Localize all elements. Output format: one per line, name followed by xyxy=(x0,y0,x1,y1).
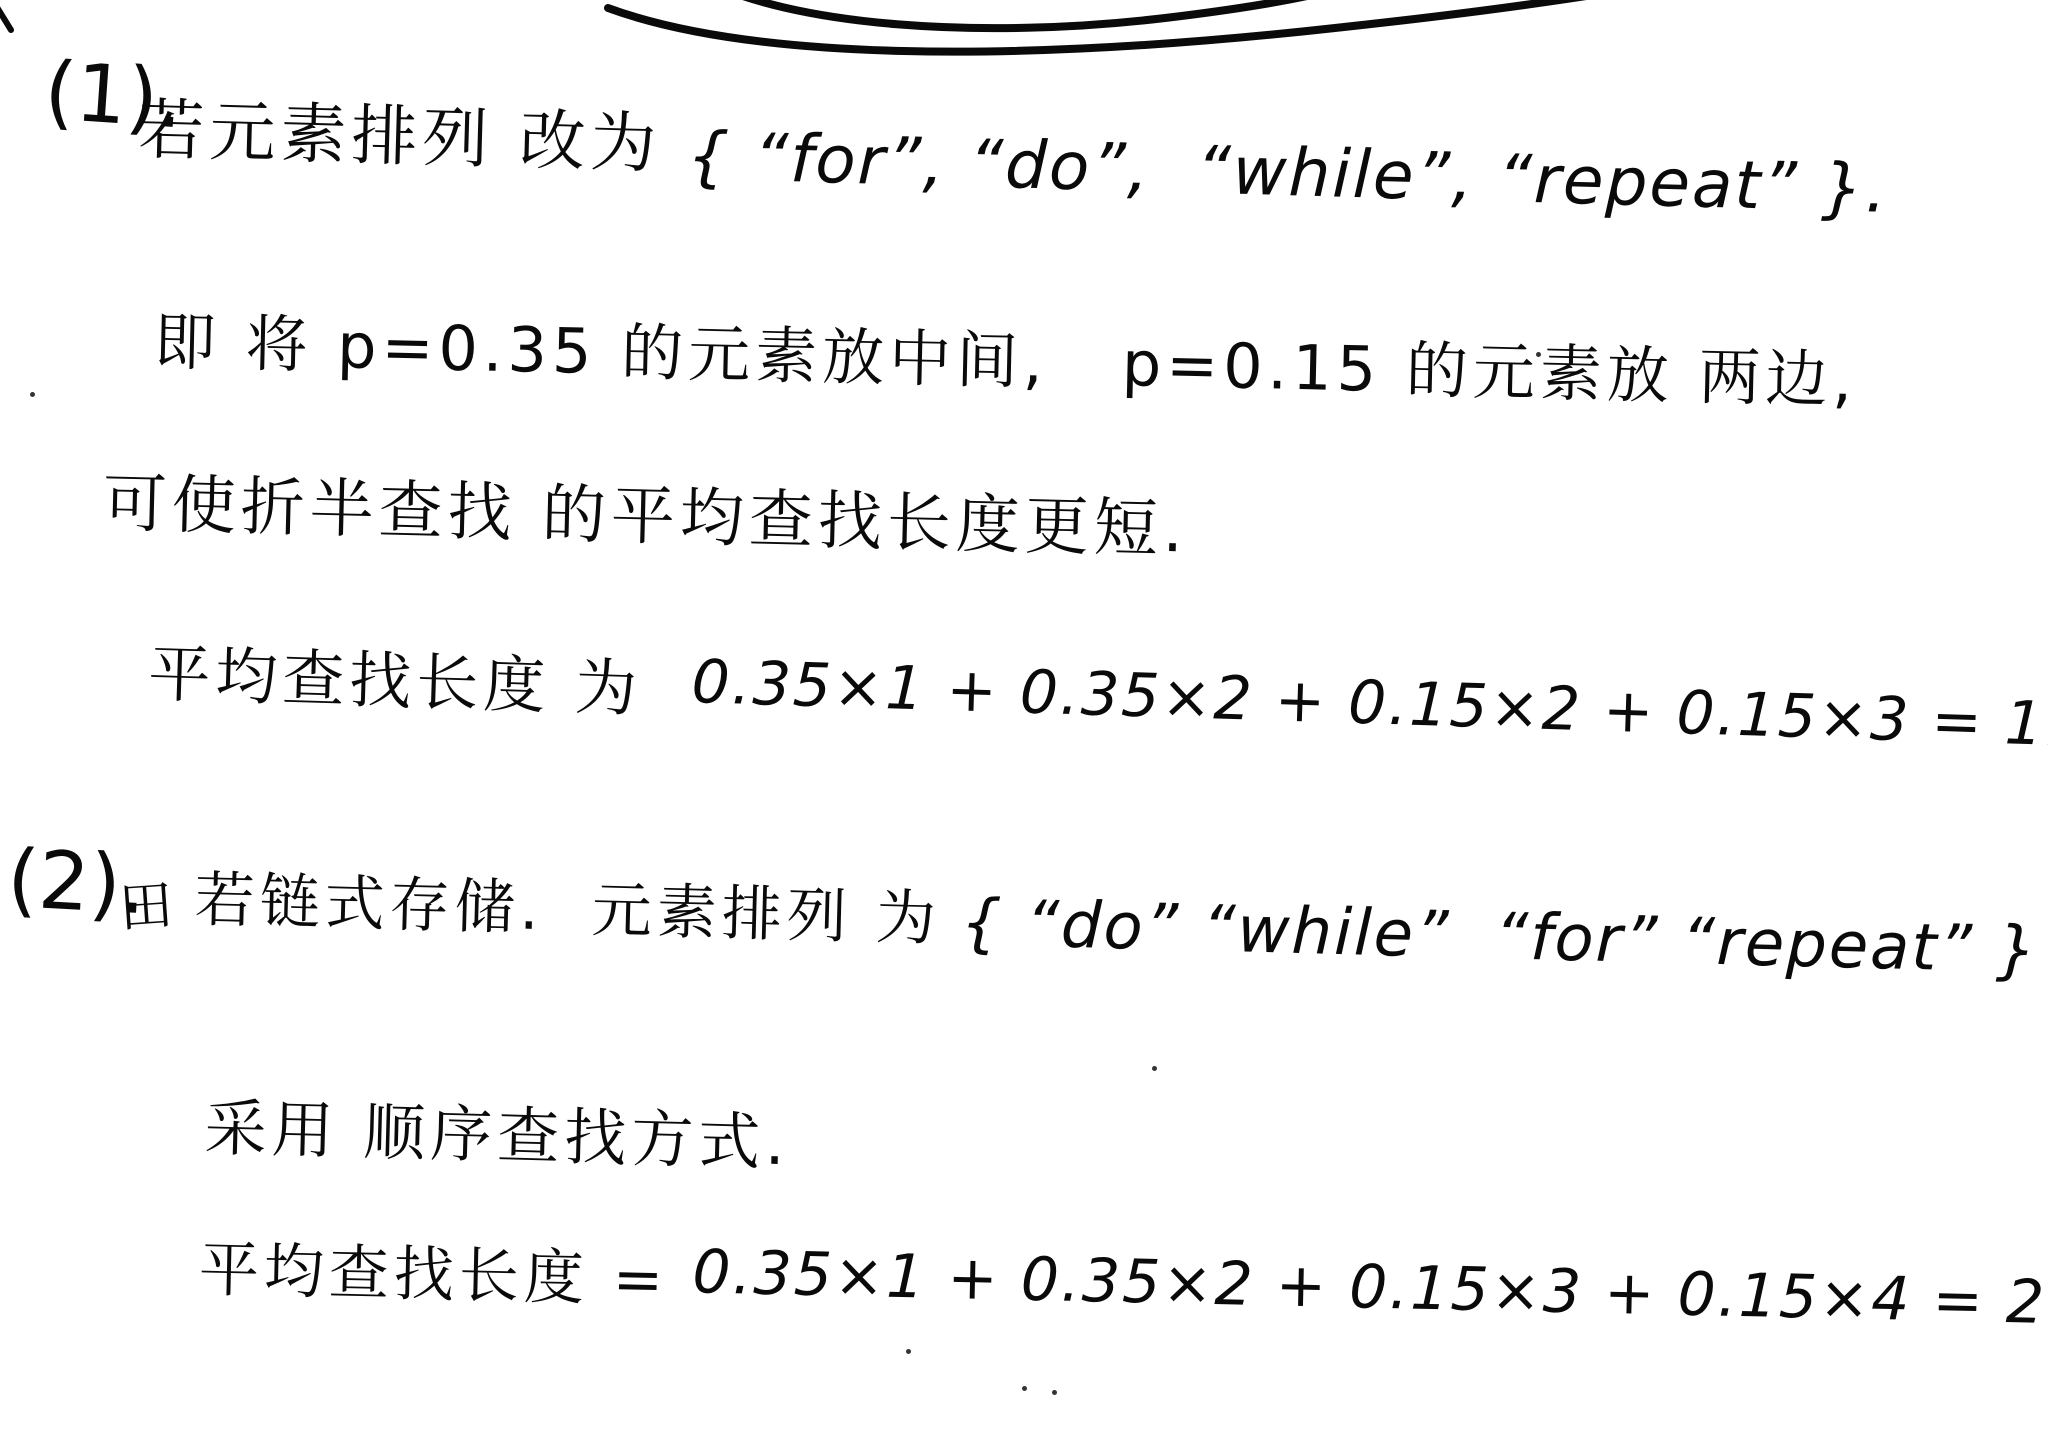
ink-speck xyxy=(1022,1386,1027,1391)
ink-speck xyxy=(30,392,35,397)
part2-line2: 采用 顺序查找方式. xyxy=(204,1078,792,1182)
part1-line4-chinese: 平均查找长度 为 xyxy=(147,624,693,730)
part2-line1: 若链式存储. 元素排列 为 { “do” “while” “for” “repe… xyxy=(194,852,2040,988)
part2-line3-formula: 0.35×1 + 0.35×2 + 0.15×3 + 0.15×4 = 2.1 xyxy=(692,1233,2048,1339)
ink-speck xyxy=(1052,1390,1057,1395)
ink-speck xyxy=(1152,1066,1157,1071)
ink-speck xyxy=(906,1349,911,1354)
part1-line2: 即 将 p=0.35 的元素放中间, p=0.15 的元素放 两边, xyxy=(153,292,1858,420)
part1-line4: 平均查找长度 为 0.35×1 + 0.35×2 + 0.15×2 + 0.15… xyxy=(147,624,2048,774)
part2-line1-set: { “do” “while” “for” “repeat” } xyxy=(940,872,2040,989)
part1-line3-text: 可使折半查找 的平均查找长度更短. xyxy=(102,452,1190,570)
part2-boxed-mark-glyph: 田 xyxy=(116,862,175,943)
part1-line1-set: { “for”, “do”, “while”, “repeat” }. xyxy=(660,91,1890,228)
part1-line2-text: 即 将 p=0.35 的元素放中间, p=0.15 的元素放 两边, xyxy=(153,292,1858,420)
ink-speck xyxy=(1536,352,1541,357)
scanned-handwritten-page: (1). 若元素排列 改为 { “for”, “do”, “while”, “r… xyxy=(0,0,2048,1439)
part1-line1-chinese: 若元素排列 改为 xyxy=(137,76,662,186)
part2-line1-chinese: 若链式存储. 元素排列 为 xyxy=(194,852,942,958)
part1-line1: 若元素排列 改为 { “for”, “do”, “while”, “repeat… xyxy=(137,76,1890,228)
part2-line3-chinese: 平均查找长度 = xyxy=(198,1222,693,1319)
part2-line2-text: 采用 顺序查找方式. xyxy=(204,1078,792,1182)
part1-line3: 可使折半查找 的平均查找长度更短. xyxy=(102,452,1190,570)
part1-line4-formula: 0.35×1 + 0.35×2 + 0.15×2 + 0.15×3 = 1.8 xyxy=(690,641,2048,761)
part2-line3: 平均查找长度 = 0.35×1 + 0.35×2 + 0.15×3 + 0.15… xyxy=(198,1222,2048,1351)
part2-boxed-mark: 田 xyxy=(116,862,175,943)
